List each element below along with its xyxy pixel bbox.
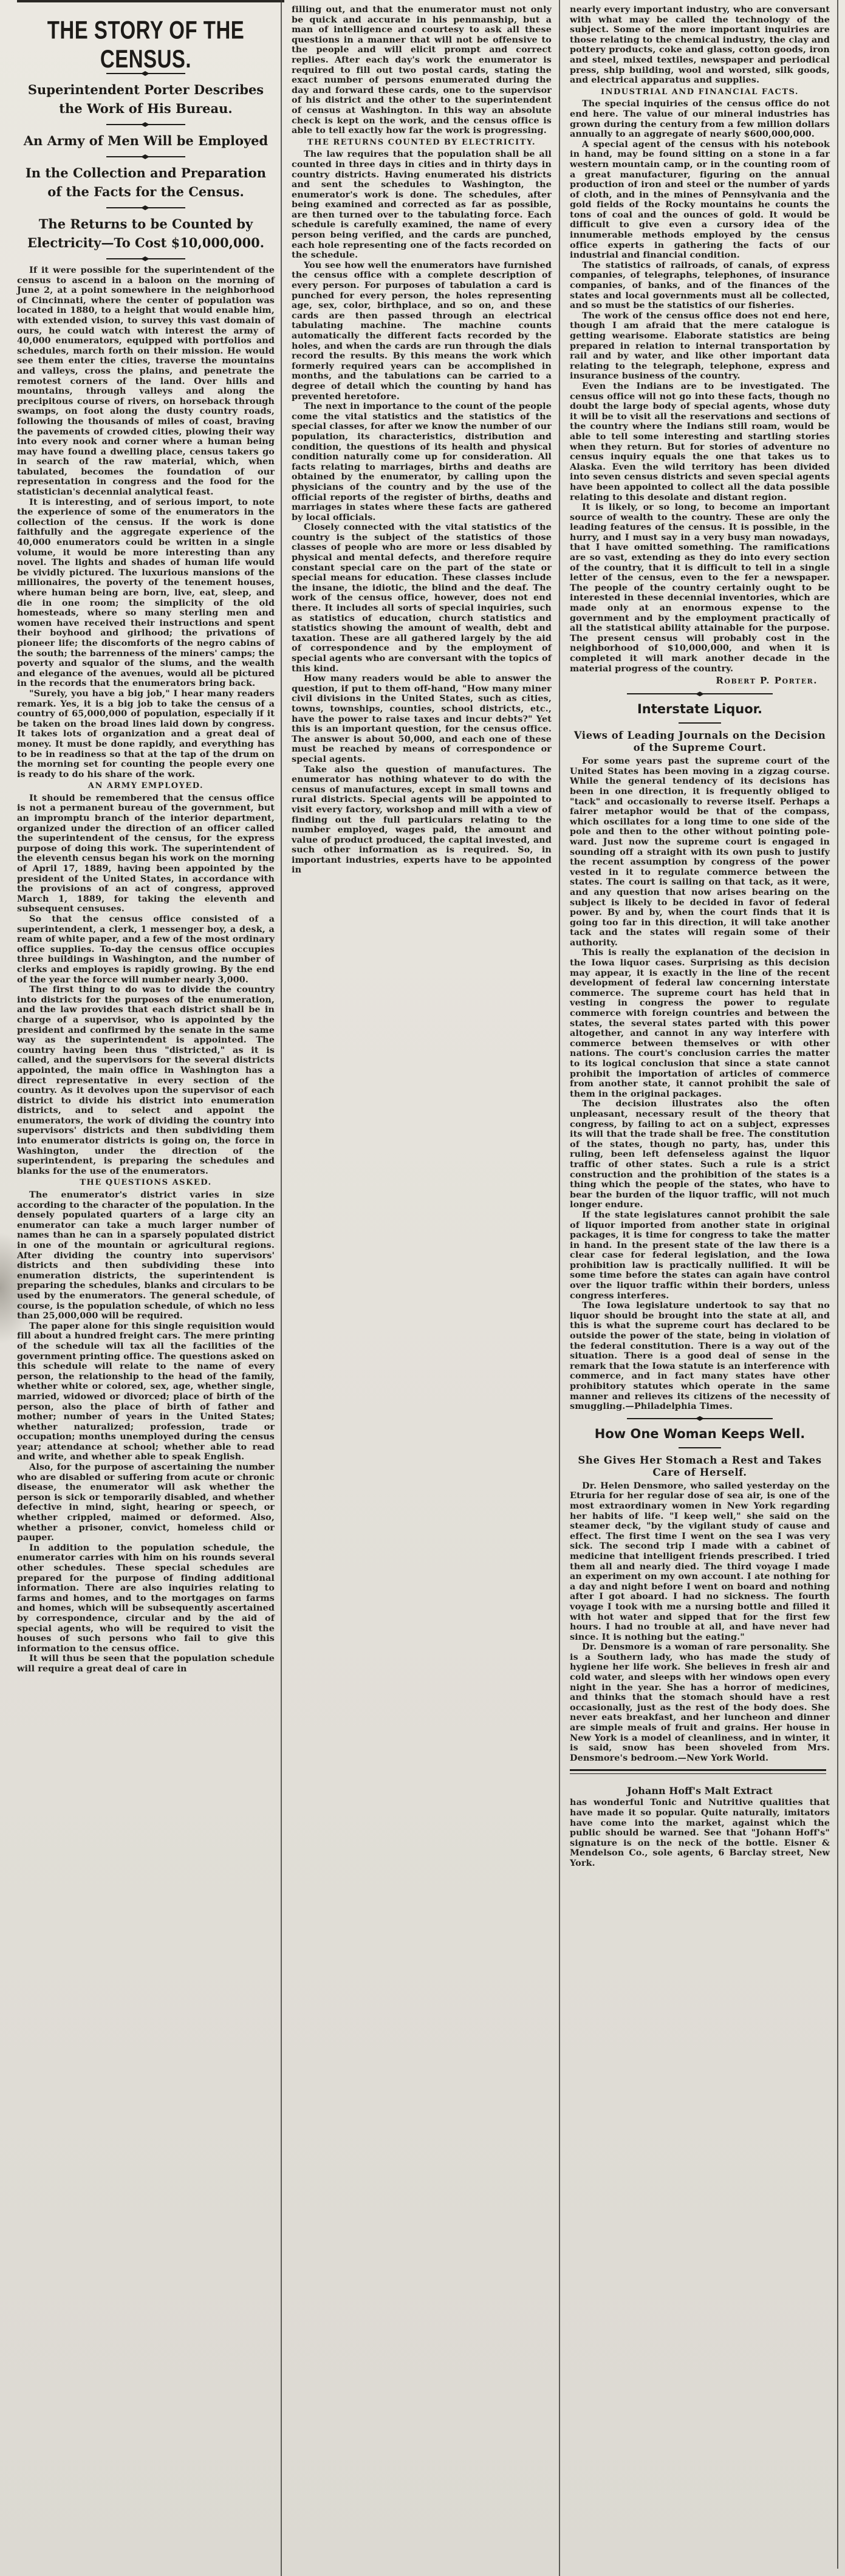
paragraph: In addition to the population schedule, … — [17, 1543, 275, 1654]
paragraph: You see how well the enumerators have fu… — [292, 261, 552, 402]
newspaper-page: The Story of the Census. Superintendent … — [0, 0, 845, 2576]
short-rule — [679, 1445, 721, 1451]
paragraph: The law requires that the population sha… — [292, 149, 552, 261]
section-heading: The Returns Counted by Electricity. — [292, 138, 552, 148]
paragraph: It will thus be seen that the population… — [17, 1654, 275, 1674]
article-deck: Superintendent Porter Describes the Work… — [17, 80, 275, 118]
paragraph: The first thing to do was to divide the … — [17, 985, 275, 1176]
ornamental-rule — [106, 122, 185, 128]
section-heading: Industrial and Financial Facts. — [570, 87, 830, 98]
double-rule — [570, 1769, 826, 1774]
paragraph: The Iowa legislature undertook to say th… — [570, 1301, 830, 1412]
column-rule — [559, 0, 560, 2576]
ornamental-rule — [106, 205, 185, 211]
column-rule — [837, 0, 838, 2569]
article-deck: In the Collection and Preparation of the… — [17, 163, 275, 201]
column-rule — [281, 0, 282, 2576]
paragraph: It is likely, or so long, to become an i… — [570, 502, 830, 674]
article-headline: Interstate Liquor. — [570, 702, 830, 716]
paragraph: A special agent of the census with his n… — [570, 140, 830, 261]
paragraph: nearly every important industry, who are… — [570, 5, 830, 86]
article-deck: An Army of Men Will be Employed — [17, 131, 275, 150]
column-3: nearly every important industry, who are… — [564, 0, 835, 2576]
paragraph: So that the census office consisted of a… — [17, 914, 275, 985]
article-body: nearly every important industry, who are… — [570, 5, 830, 674]
article-deck: The Returns to be Counted by Electricity… — [17, 214, 275, 252]
paragraph: If it were possible for the superintende… — [17, 265, 275, 498]
paragraph: The statistics of railroads, of canals, … — [570, 261, 830, 311]
section-heading: The Questions Asked. — [17, 1178, 275, 1188]
column-2: filling out, and that the enumerator mus… — [286, 0, 556, 2576]
paragraph: It should be remembered that the census … — [17, 793, 275, 914]
ornamental-rule — [627, 691, 773, 697]
ornamental-rule — [106, 70, 185, 77]
ornamental-rule — [106, 154, 185, 160]
paragraph: It is interesting, and of serious import… — [17, 498, 275, 689]
article-headline: How One Woman Keeps Well. — [570, 1427, 830, 1441]
article-body: If it were possible for the superintende… — [17, 265, 275, 1674]
paragraph: This is really the explanation of the de… — [570, 948, 830, 1099]
author-signature: Robert P. Porter. — [570, 675, 818, 686]
ornamental-rule — [627, 1416, 773, 1422]
column-1: The Story of the Census. Superintendent … — [13, 0, 278, 2576]
article-deck: She Gives Her Stomach a Rest and Takes C… — [570, 1454, 830, 1479]
short-rule — [679, 720, 721, 726]
paragraph: Even the Indians are to be investigated.… — [570, 382, 830, 502]
paragraph: The decision illustrates also the often … — [570, 1099, 830, 1210]
paragraph: has wonderful Tonic and Nutritive qualit… — [570, 1798, 830, 1868]
advertisement-body: has wonderful Tonic and Nutritive qualit… — [570, 1798, 830, 1868]
paragraph: Take also the question of manufactures. … — [292, 765, 552, 876]
paragraph: Dr. Densmore is a woman of rare personal… — [570, 1642, 830, 1763]
paragraph: How many readers would be able to answer… — [292, 674, 552, 764]
paragraph: The next in importance to the count of t… — [292, 402, 552, 522]
article-body: filling out, and that the enumerator mus… — [292, 5, 552, 875]
paragraph: The enumerator's district varies in size… — [17, 1190, 275, 1321]
paragraph: Closely connected with the vital statist… — [292, 522, 552, 674]
paragraph: If the state legislatures cannot prohibi… — [570, 1210, 830, 1301]
paragraph: "Surely, you have a big job," I hear man… — [17, 689, 275, 779]
article-headline: The Story of the Census. — [17, 16, 275, 74]
paragraph: Dr. Helen Densmore, who sailed yesterday… — [570, 1481, 830, 1643]
article-body: Dr. Helen Densmore, who sailed yesterday… — [570, 1481, 830, 1764]
paragraph: The work of the census office does not e… — [570, 311, 830, 382]
paragraph: The paper alone for this single requisit… — [17, 1321, 275, 1462]
article-deck: Views of Leading Journals on the Decisio… — [570, 730, 830, 754]
article-body: For some years past the supreme court of… — [570, 756, 830, 1412]
ornamental-rule — [106, 256, 185, 262]
section-heading: An Army Employed. — [17, 781, 275, 792]
advertisement-headline: Johann Hoff's Malt Extract — [570, 1785, 830, 1797]
paragraph: filling out, and that the enumerator mus… — [292, 5, 552, 136]
paragraph: The special inquiries of the census offi… — [570, 99, 830, 139]
paragraph: Also, for the purpose of ascertaining th… — [17, 1462, 275, 1543]
paragraph: For some years past the supreme court of… — [570, 756, 830, 948]
